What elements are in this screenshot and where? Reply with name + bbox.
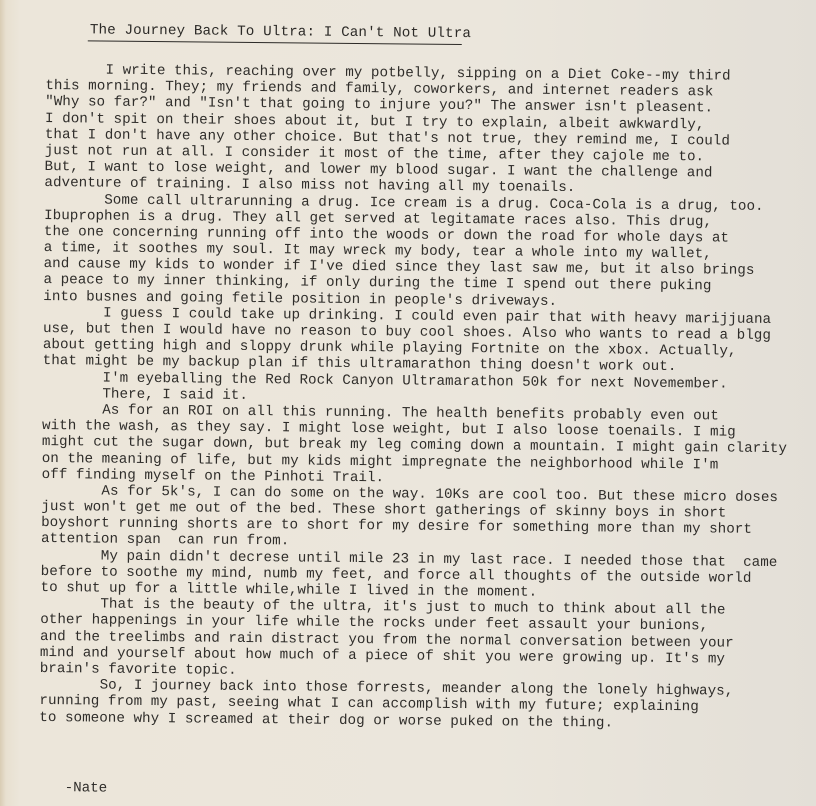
typewritten-page: The Journey Back To Ultra: I Can't Not U… [46,18,816,25]
document-title: The Journey Back To Ultra: I Can't Not U… [90,22,471,42]
document-body: I write this, reaching over my potbelly,… [39,62,805,733]
signature: -Nate [65,780,108,796]
